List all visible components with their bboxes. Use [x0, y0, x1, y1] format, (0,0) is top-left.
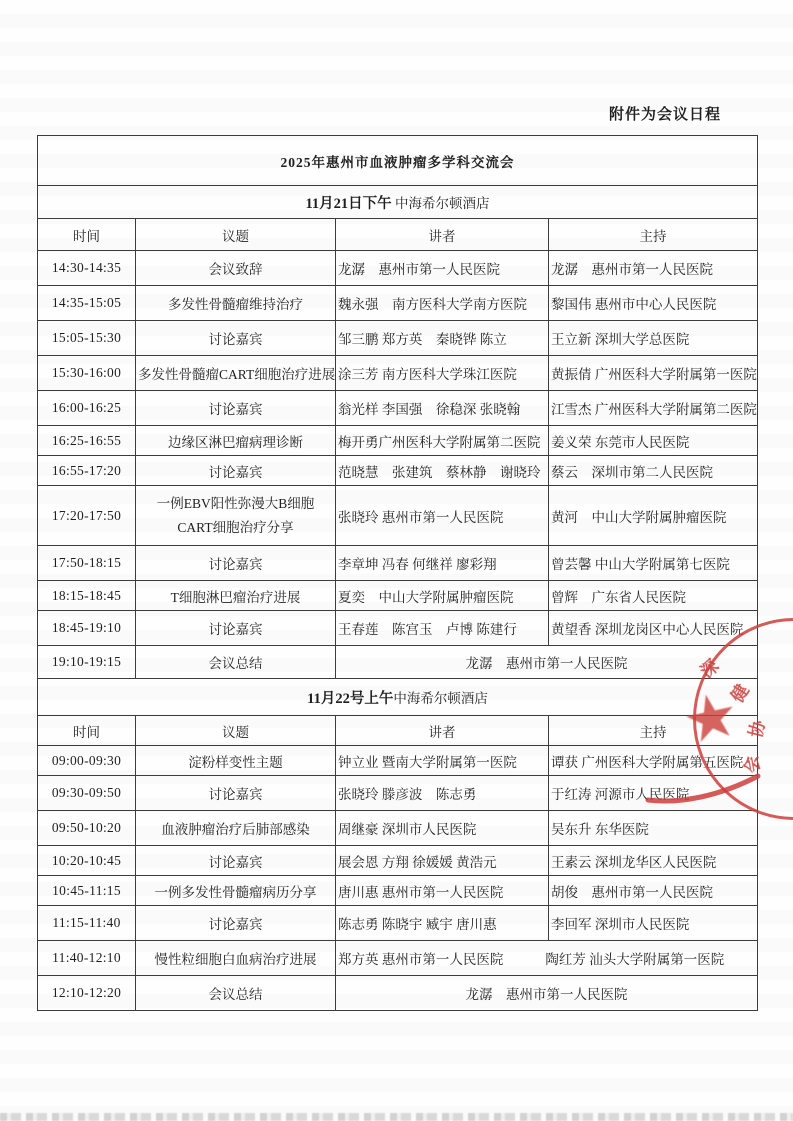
col-header-host: 主持	[549, 716, 758, 746]
table-row: 10:20-10:45 讨论嘉宾 展会恩 方翔 徐媛媛 黄浩元 王素云 深圳龙华…	[38, 846, 758, 876]
session2-label: 11月22号上午中海希尔顿酒店	[38, 679, 758, 716]
host-cell: 黄望香 深圳龙岗区中心人民医院	[549, 611, 758, 646]
speaker-cell: 钟立业 暨南大学附属第一医院	[336, 746, 549, 776]
merged-speaker-host-cell: 龙潺 惠州市第一人民医院	[336, 646, 758, 679]
title-row: 2025年惠州市血液肿瘤多学科交流会	[38, 136, 758, 186]
speaker-cell: 张晓玲 滕彦波 陈志勇	[336, 776, 549, 811]
topic-cell: 血液肿瘤治疗后肺部感染	[136, 811, 336, 846]
table-row: 17:20-17:50 一例EBV阳性弥漫大B细胞 CART细胞治疗分享 张晓玲…	[38, 486, 758, 546]
scanned-agenda-page: 附件为会议日程 2025年惠州市血液肿瘤多学科交流会 11月21日下午 中海希尔…	[0, 0, 793, 1121]
time-cell: 16:00-16:25	[38, 391, 136, 426]
session2-header-row: 11月22号上午中海希尔顿酒店	[38, 679, 758, 716]
time-cell: 14:30-14:35	[38, 251, 136, 286]
time-cell: 16:25-16:55	[38, 426, 136, 456]
time-cell: 15:30-16:00	[38, 356, 136, 391]
column-header-row: 时间 议题 讲者 主持	[38, 219, 758, 251]
host-cell: 胡俊 惠州市第一人民医院	[549, 876, 758, 906]
table-row: 16:55-17:20 讨论嘉宾 范晓慧 张建筑 蔡林静 谢晓玲 蔡云 深圳市第…	[38, 456, 758, 486]
time-cell: 18:15-18:45	[38, 581, 136, 611]
speaker-cell: 展会恩 方翔 徐媛媛 黄浩元	[336, 846, 549, 876]
table-row: 09:50-10:20 血液肿瘤治疗后肺部感染 周继豪 深圳市人民医院 吴东升 …	[38, 811, 758, 846]
table-row: 09:30-09:50 讨论嘉宾 张晓玲 滕彦波 陈志勇 于红涛 河源市人民医院	[38, 776, 758, 811]
time-cell: 09:00-09:30	[38, 746, 136, 776]
table-row: 18:15-18:45 T细胞淋巴瘤治疗进展 夏奕 中山大学附属肿瘤医院 曾辉 …	[38, 581, 758, 611]
topic-cell: 一例EBV阳性弥漫大B细胞 CART细胞治疗分享	[136, 486, 336, 546]
topic-cell: 边缘区淋巴瘤病理诊断	[136, 426, 336, 456]
merged-speaker-host-cell: 龙潺 惠州市第一人民医院	[336, 976, 758, 1011]
speaker-cell: 李章坤 冯春 何继祥 廖彩翔	[336, 546, 549, 581]
host-cell: 龙潺 惠州市第一人民医院	[549, 251, 758, 286]
table-row: 11:15-11:40 讨论嘉宾 陈志勇 陈晓宇 臧宇 唐川惠 李回军 深圳市人…	[38, 906, 758, 941]
host-cell: 黎国伟 惠州市中心人民医院	[549, 286, 758, 321]
host-cell: 王素云 深圳龙华区人民医院	[549, 846, 758, 876]
table-row: 18:45-19:10 讨论嘉宾 王春莲 陈宫玉 卢博 陈建行 黄望香 深圳龙岗…	[38, 611, 758, 646]
col-header-topic: 议题	[136, 716, 336, 746]
session1-venue: 中海希尔顿酒店	[392, 196, 490, 211]
speaker-cell: 龙潺 惠州市第一人民医院	[336, 251, 549, 286]
time-cell: 11:15-11:40	[38, 906, 136, 941]
session2-venue: 中海希尔顿酒店	[393, 691, 488, 706]
col-header-speaker: 讲者	[336, 219, 549, 251]
host-cell: 黄河 中山大学附属肿瘤医院	[549, 486, 758, 546]
topic-cell: 会议总结	[136, 976, 336, 1011]
topic-cell: 讨论嘉宾	[136, 391, 336, 426]
speaker-cell: 翁光样 李国强 徐稳深 张晓翰	[336, 391, 549, 426]
host-cell: 谭获 广州医科大学附属第五医院	[549, 746, 758, 776]
speaker-cell: 唐川惠 惠州市第一人民医院	[336, 876, 549, 906]
speaker-cell: 涂三芳 南方医科大学珠江医院	[336, 356, 549, 391]
speaker-entry: 郑方英 惠州市第一人民医院	[338, 948, 503, 968]
time-cell: 09:50-10:20	[38, 811, 136, 846]
table-row: 12:10-12:20 会议总结 龙潺 惠州市第一人民医院	[38, 976, 758, 1011]
attachment-note: 附件为会议日程	[609, 103, 721, 124]
session1-header-row: 11月21日下午 中海希尔顿酒店	[38, 186, 758, 219]
merged-speaker-host-cell: 郑方英 惠州市第一人民医院 陶红芳 汕头大学附属第一医院	[336, 941, 758, 976]
topic-cell: T细胞淋巴瘤治疗进展	[136, 581, 336, 611]
session1-date: 11月21日下午	[305, 196, 391, 212]
topic-cell: 多发性骨髓瘤CART细胞治疗进展	[136, 356, 336, 391]
time-cell: 14:35-15:05	[38, 286, 136, 321]
time-cell: 16:55-17:20	[38, 456, 136, 486]
col-header-host: 主持	[549, 219, 758, 251]
topic-cell: 讨论嘉宾	[136, 456, 336, 486]
table-row: 15:05-15:30 讨论嘉宾 邹三鹏 郑方英 秦晓铧 陈立 王立新 深圳大学…	[38, 321, 758, 356]
topic-cell: 讨论嘉宾	[136, 546, 336, 581]
host-cell: 黄振倩 广州医科大学附属第一医院	[549, 356, 758, 391]
speaker-cell: 王春莲 陈宫玉 卢博 陈建行	[336, 611, 549, 646]
topic-cell: 讨论嘉宾	[136, 776, 336, 811]
host-cell: 王立新 深圳大学总医院	[549, 321, 758, 356]
time-cell: 15:05-15:30	[38, 321, 136, 356]
table-row: 17:50-18:15 讨论嘉宾 李章坤 冯春 何继祥 廖彩翔 曾芸馨 中山大学…	[38, 546, 758, 581]
time-cell: 11:40-12:10	[38, 941, 136, 976]
topic-cell: 会议致辞	[136, 251, 336, 286]
speaker-cell: 邹三鹏 郑方英 秦晓铧 陈立	[336, 321, 549, 356]
table-row: 11:40-12:10 慢性粒细胞白血病治疗进展 郑方英 惠州市第一人民医院 陶…	[38, 941, 758, 976]
host-cell: 吴东升 东华医院	[549, 811, 758, 846]
speaker-cell: 陈志勇 陈晓宇 臧宇 唐川惠	[336, 906, 549, 941]
table-row: 16:25-16:55 边缘区淋巴瘤病理诊断 梅开勇广州医科大学附属第二医院 姜…	[38, 426, 758, 456]
speaker-cell: 周继豪 深圳市人民医院	[336, 811, 549, 846]
col-header-time: 时间	[38, 219, 136, 251]
conference-title: 2025年惠州市血液肿瘤多学科交流会	[38, 136, 758, 186]
session1-label: 11月21日下午 中海希尔顿酒店	[38, 186, 758, 219]
topic-cell: 讨论嘉宾	[136, 906, 336, 941]
time-cell: 18:45-19:10	[38, 611, 136, 646]
time-cell: 12:10-12:20	[38, 976, 136, 1011]
table-row: 14:35-15:05 多发性骨髓瘤维持治疗 魏永强 南方医科大学南方医院 黎国…	[38, 286, 758, 321]
col-header-time: 时间	[38, 716, 136, 746]
time-cell: 19:10-19:15	[38, 646, 136, 679]
speaker-cell: 范晓慧 张建筑 蔡林静 谢晓玲	[336, 456, 549, 486]
col-header-speaker: 讲者	[336, 716, 549, 746]
session2-date: 11月22号上午	[307, 691, 393, 707]
host-entry: 陶红芳 汕头大学附属第一医院	[545, 948, 724, 968]
topic-line-2: CART细胞治疗分享	[138, 516, 333, 540]
column-header-row: 时间 议题 讲者 主持	[38, 716, 758, 746]
col-header-topic: 议题	[136, 219, 336, 251]
time-cell: 10:45-11:15	[38, 876, 136, 906]
topic-cell: 慢性粒细胞白血病治疗进展	[136, 941, 336, 976]
topic-cell: 讨论嘉宾	[136, 321, 336, 356]
time-cell: 10:20-10:45	[38, 846, 136, 876]
agenda-table: 2025年惠州市血液肿瘤多学科交流会 11月21日下午 中海希尔顿酒店 时间 议…	[37, 135, 758, 1011]
host-cell: 李回军 深圳市人民医院	[549, 906, 758, 941]
table-row: 16:00-16:25 讨论嘉宾 翁光样 李国强 徐稳深 张晓翰 江雪杰 广州医…	[38, 391, 758, 426]
speaker-cell: 魏永强 南方医科大学南方医院	[336, 286, 549, 321]
topic-cell: 一例多发性骨髓瘤病历分享	[136, 876, 336, 906]
topic-cell: 淀粉样变性主题	[136, 746, 336, 776]
host-cell: 曾辉 广东省人民医院	[549, 581, 758, 611]
speaker-cell: 梅开勇广州医科大学附属第二医院	[336, 426, 549, 456]
host-cell: 姜义荣 东莞市人民医院	[549, 426, 758, 456]
host-cell: 曾芸馨 中山大学附属第七医院	[549, 546, 758, 581]
table-row: 19:10-19:15 会议总结 龙潺 惠州市第一人民医院	[38, 646, 758, 679]
table-row: 10:45-11:15 一例多发性骨髓瘤病历分享 唐川惠 惠州市第一人民医院 胡…	[38, 876, 758, 906]
topic-cell: 讨论嘉宾	[136, 846, 336, 876]
host-cell: 蔡云 深圳市第二人民医院	[549, 456, 758, 486]
topic-cell: 讨论嘉宾	[136, 611, 336, 646]
topic-cell: 多发性骨髓瘤维持治疗	[136, 286, 336, 321]
next-page-cutoff-text	[0, 1113, 793, 1121]
table-row: 15:30-16:00 多发性骨髓瘤CART细胞治疗进展 涂三芳 南方医科大学珠…	[38, 356, 758, 391]
time-cell: 09:30-09:50	[38, 776, 136, 811]
speaker-cell: 夏奕 中山大学附属肿瘤医院	[336, 581, 549, 611]
table-row: 09:00-09:30 淀粉样变性主题 钟立业 暨南大学附属第一医院 谭获 广州…	[38, 746, 758, 776]
speaker-cell: 张晓玲 惠州市第一人民医院	[336, 486, 549, 546]
table-row: 14:30-14:35 会议致辞 龙潺 惠州市第一人民医院 龙潺 惠州市第一人民…	[38, 251, 758, 286]
topic-cell: 会议总结	[136, 646, 336, 679]
topic-line-1: 一例EBV阳性弥漫大B细胞	[138, 492, 333, 516]
time-cell: 17:50-18:15	[38, 546, 136, 581]
host-cell: 江雪杰 广州医科大学附属第二医院	[549, 391, 758, 426]
host-cell: 于红涛 河源市人民医院	[549, 776, 758, 811]
time-cell: 17:20-17:50	[38, 486, 136, 546]
